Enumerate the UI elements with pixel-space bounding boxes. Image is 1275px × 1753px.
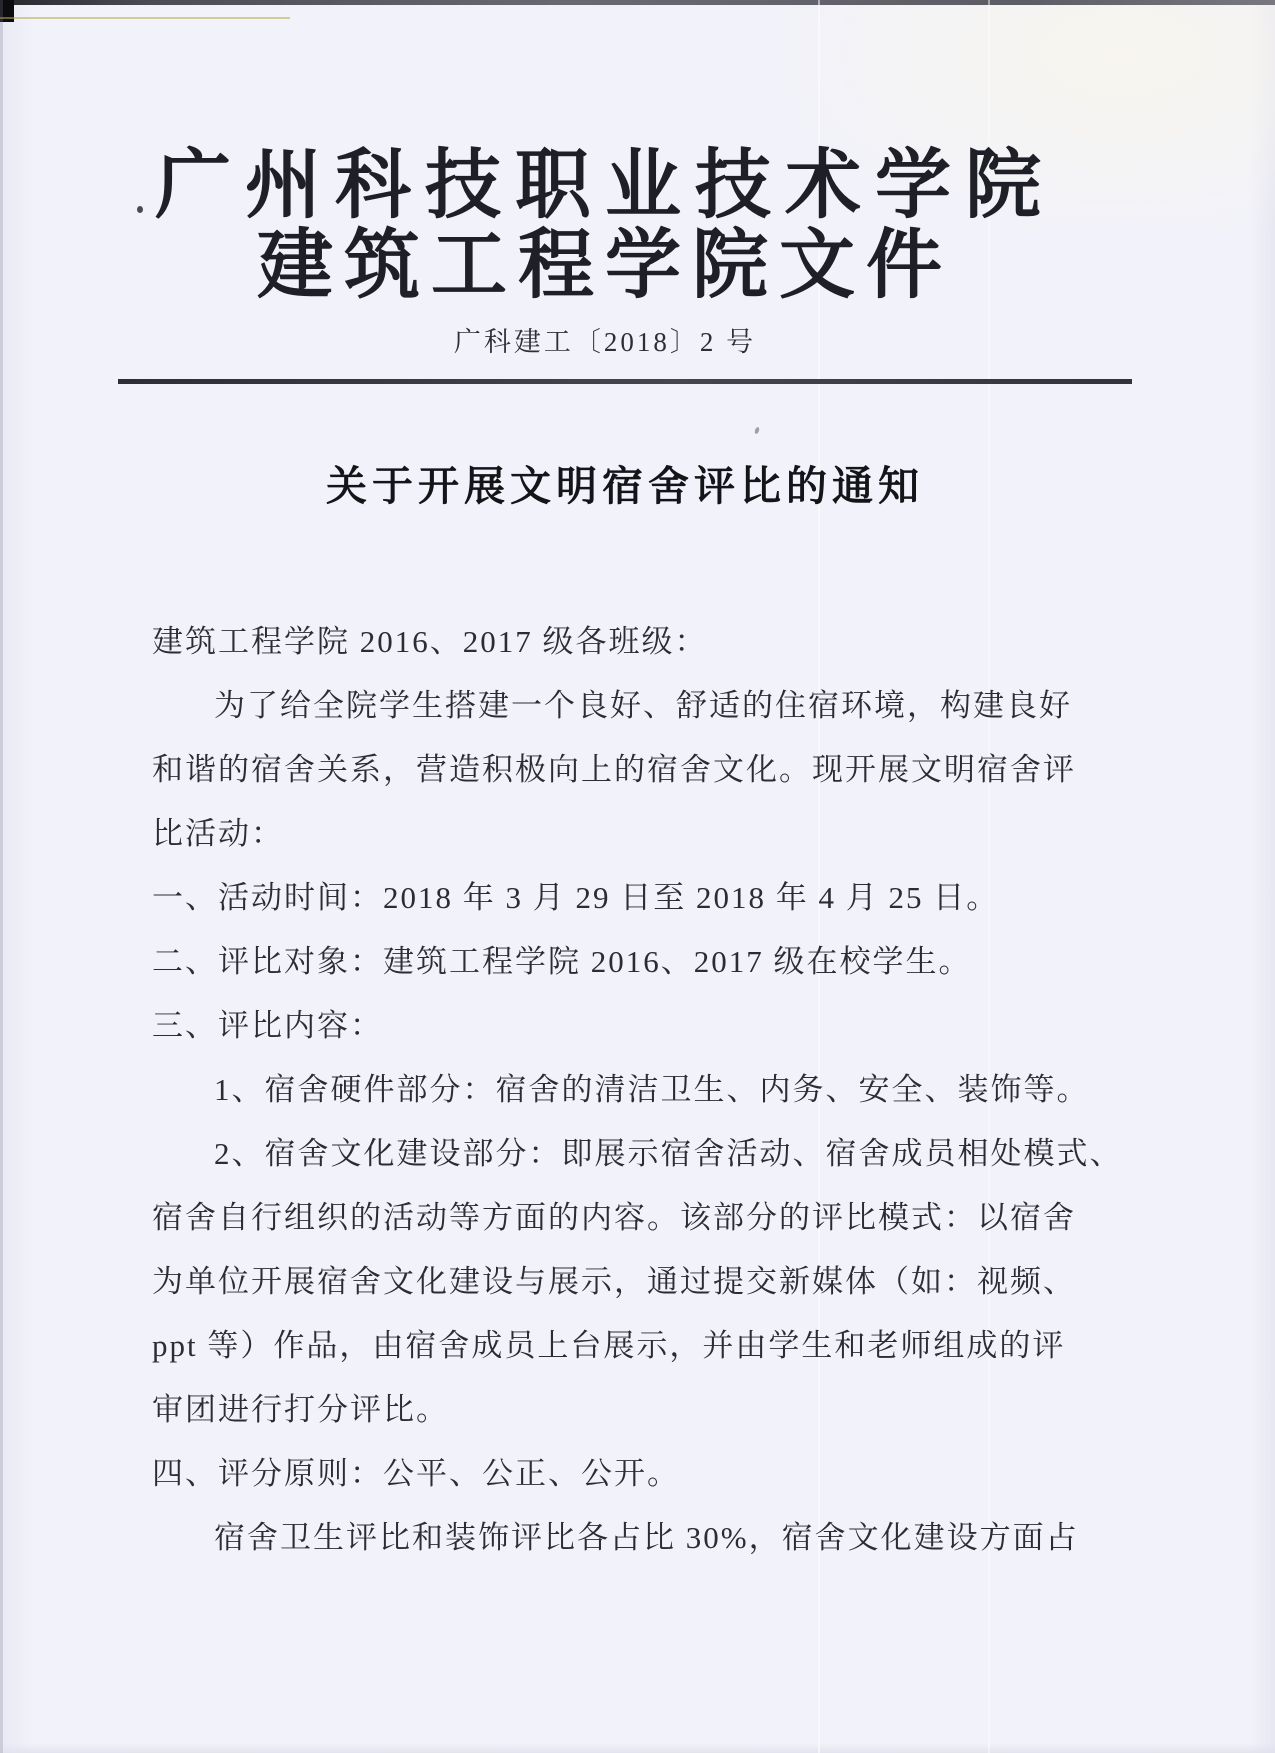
department-document-label: 建筑工程学院文件 <box>0 226 1210 306</box>
notice-body: 建筑工程学院 2016、2017 级各班级： 为了给全院学生搭建一个良好、舒适的… <box>152 610 1164 1570</box>
body-line-salutation: 建筑工程学院 2016、2017 级各班级： <box>152 610 1164 674</box>
body-line-sub-item-1: 1、宿舍硬件部分：宿舍的清洁卫生、内务、安全、装饰等。 <box>152 1058 1164 1122</box>
body-line: 宿舍卫生评比和装饰评比各占比 30%，宿舍文化建设方面占 <box>152 1506 1164 1570</box>
letterhead: 广州科技职业技术学院 建筑工程学院文件 <box>0 146 1210 306</box>
body-line: ppt 等）作品，由宿舍成员上台展示，并由学生和老师组成的评 <box>152 1314 1164 1378</box>
header-divider-line <box>118 379 1132 384</box>
scanned-document-page: 广州科技职业技术学院 建筑工程学院文件 广科建工〔2018〕2 号 关于开展文明… <box>0 0 1275 1753</box>
body-line: 审团进行打分评比。 <box>152 1378 1164 1442</box>
document-number: 广科建工〔2018〕2 号 <box>0 322 1210 362</box>
body-line-item-4: 四、评分原则：公平、公正、公开。 <box>152 1442 1164 1506</box>
body-line: 宿舍自行组织的活动等方面的内容。该部分的评比模式：以宿舍 <box>152 1186 1164 1250</box>
body-line-item-3: 三、评比内容： <box>152 994 1164 1058</box>
body-line: 为了给全院学生搭建一个良好、舒适的住宿环境，构建良好 <box>152 674 1164 738</box>
body-line-sub-item-2: 2、宿舍文化建设部分：即展示宿舍活动、宿舍成员相处模式、 <box>152 1122 1164 1186</box>
body-line: 为单位开展宿舍文化建设与展示，通过提交新媒体（如：视频、 <box>152 1250 1164 1314</box>
scan-top-edge-artifact <box>0 0 1275 5</box>
body-line: 比活动： <box>152 802 1164 866</box>
scan-speck-artifact <box>754 427 760 435</box>
institution-name: 广州科技职业技术学院 <box>0 146 1210 226</box>
scan-yellow-line-artifact <box>0 17 290 19</box>
body-line-item-2: 二、评比对象：建筑工程学院 2016、2017 级在校学生。 <box>152 930 1164 994</box>
notice-title: 关于开展文明宿舍评比的通知 <box>20 460 1230 512</box>
body-line: 和谐的宿舍关系，营造积极向上的宿舍文化。现开展文明宿舍评 <box>152 738 1164 802</box>
body-line-item-1: 一、活动时间：2018 年 3 月 29 日至 2018 年 4 月 25 日。 <box>152 866 1164 930</box>
